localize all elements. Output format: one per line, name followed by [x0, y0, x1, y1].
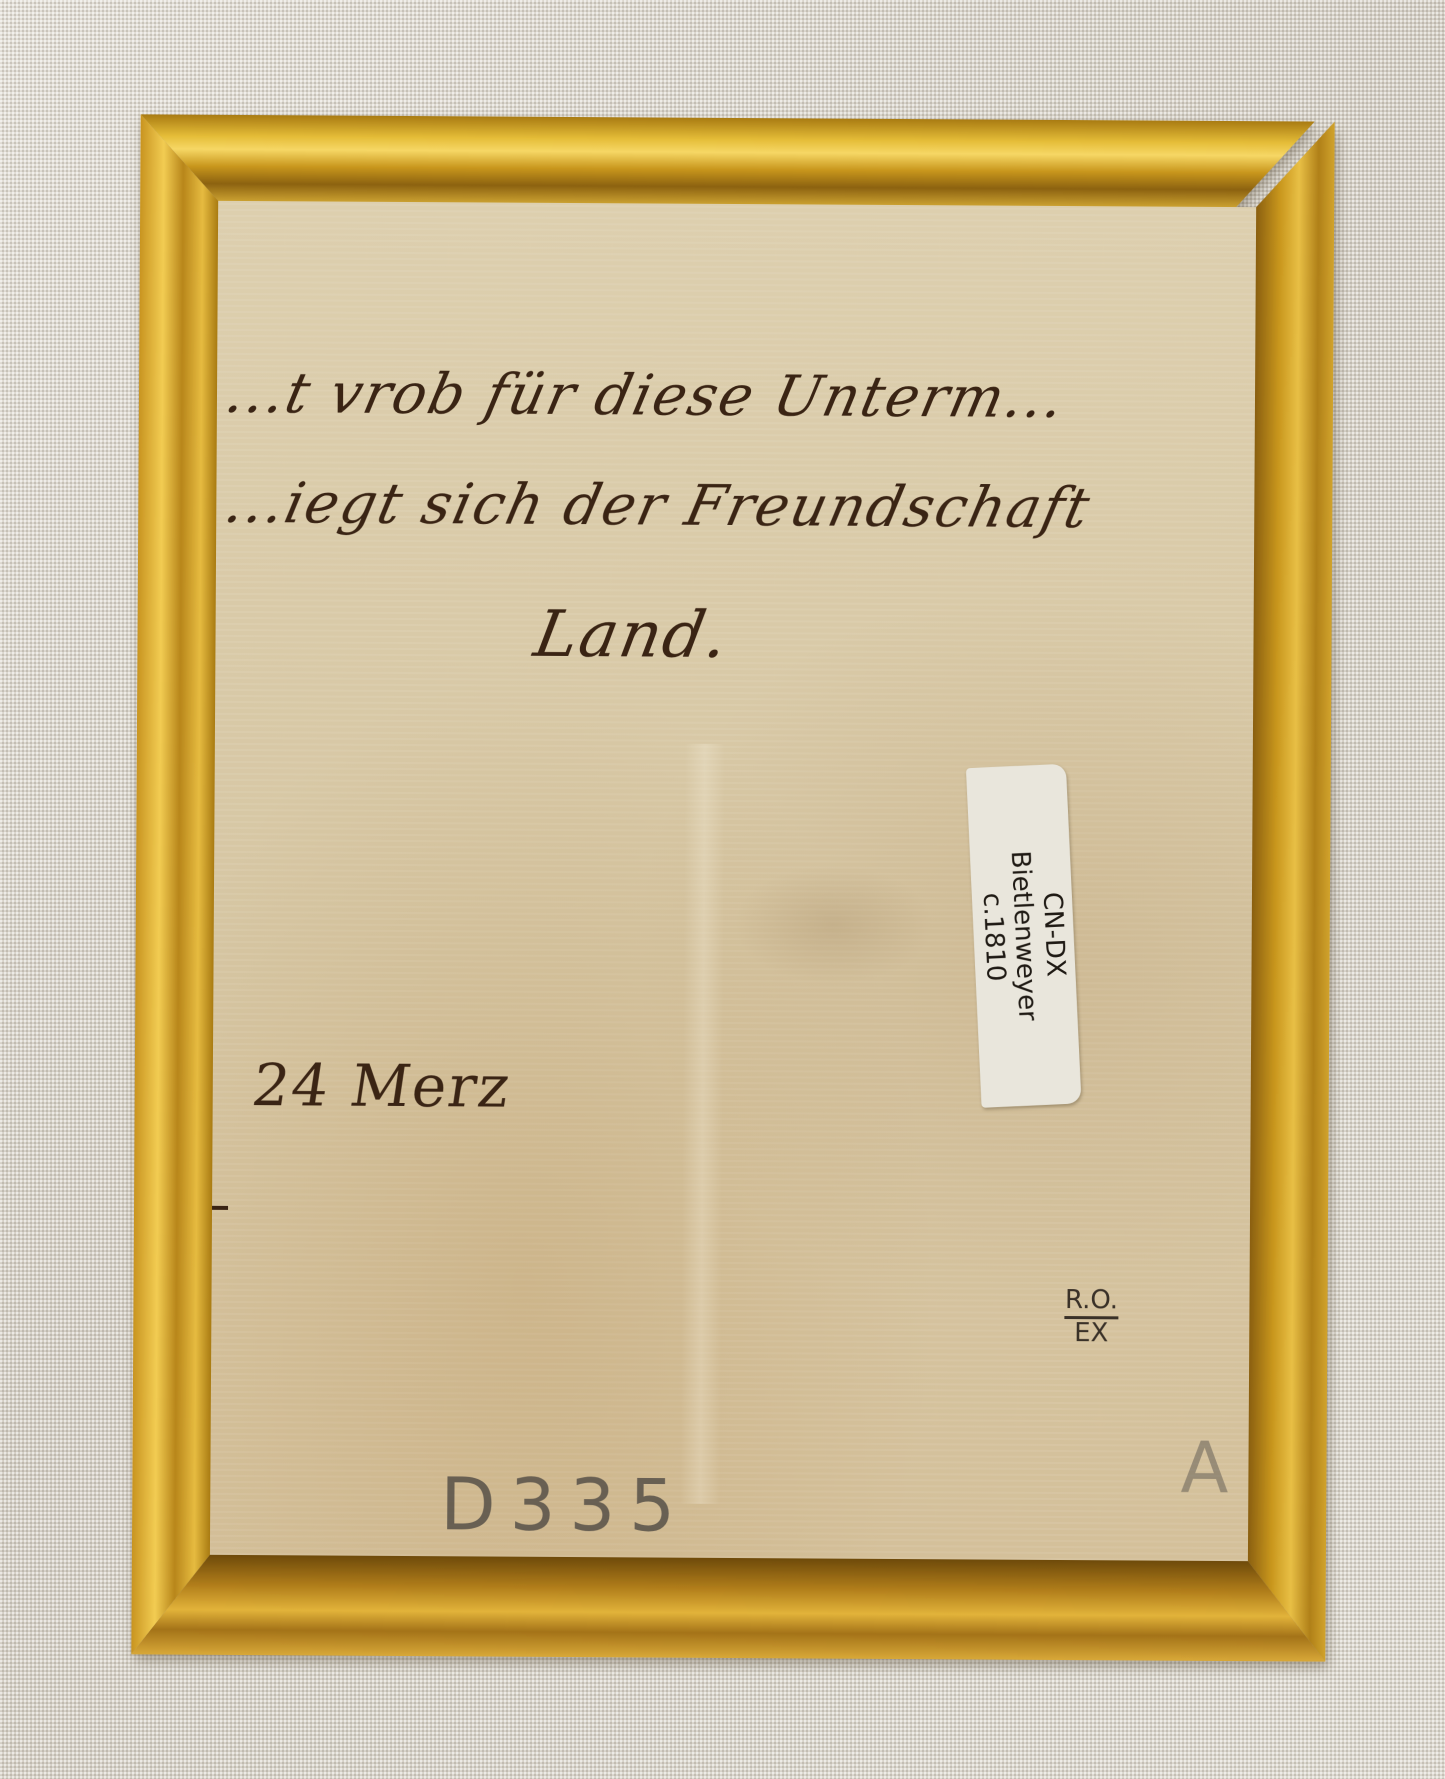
- catalog-label: CN-DX Bietlenweyer c.1810: [966, 764, 1082, 1108]
- photograph: ...t vrob für diese Unterm... ...iegt si…: [0, 0, 1445, 1779]
- provenance-mark: R.O. EX: [1051, 1286, 1131, 1347]
- handwriting-line-2: ...iegt sich der Freundschaft: [219, 471, 1097, 541]
- frame-right-edge: [1247, 121, 1334, 1661]
- handwriting-line-1: ...t vrob für diese Unterm...: [220, 361, 1072, 431]
- handwriting-line-3: Land.: [529, 598, 736, 673]
- paper-fold: [680, 744, 725, 1504]
- gilt-frame: ...t vrob für diese Unterm... ...iegt si…: [131, 114, 1334, 1661]
- ink-tick: [212, 1206, 228, 1210]
- provenance-mark-top: R.O.: [1065, 1286, 1118, 1319]
- frame-bottom-edge: [131, 1554, 1326, 1661]
- provenance-mark-bottom: EX: [1074, 1318, 1108, 1348]
- frame-top-edge: [140, 114, 1315, 207]
- pencil-corner-mark: A: [1180, 1427, 1228, 1509]
- catalog-label-text: CN-DX Bietlenweyer c.1810: [971, 774, 1076, 1098]
- document-paper: ...t vrob für diese Unterm... ...iegt si…: [210, 201, 1256, 1561]
- paper-stain: [733, 864, 934, 985]
- pencil-inscription: D335: [440, 1462, 689, 1548]
- handwritten-date: 24 Merz: [248, 1051, 516, 1121]
- frame-left-edge: [131, 114, 218, 1654]
